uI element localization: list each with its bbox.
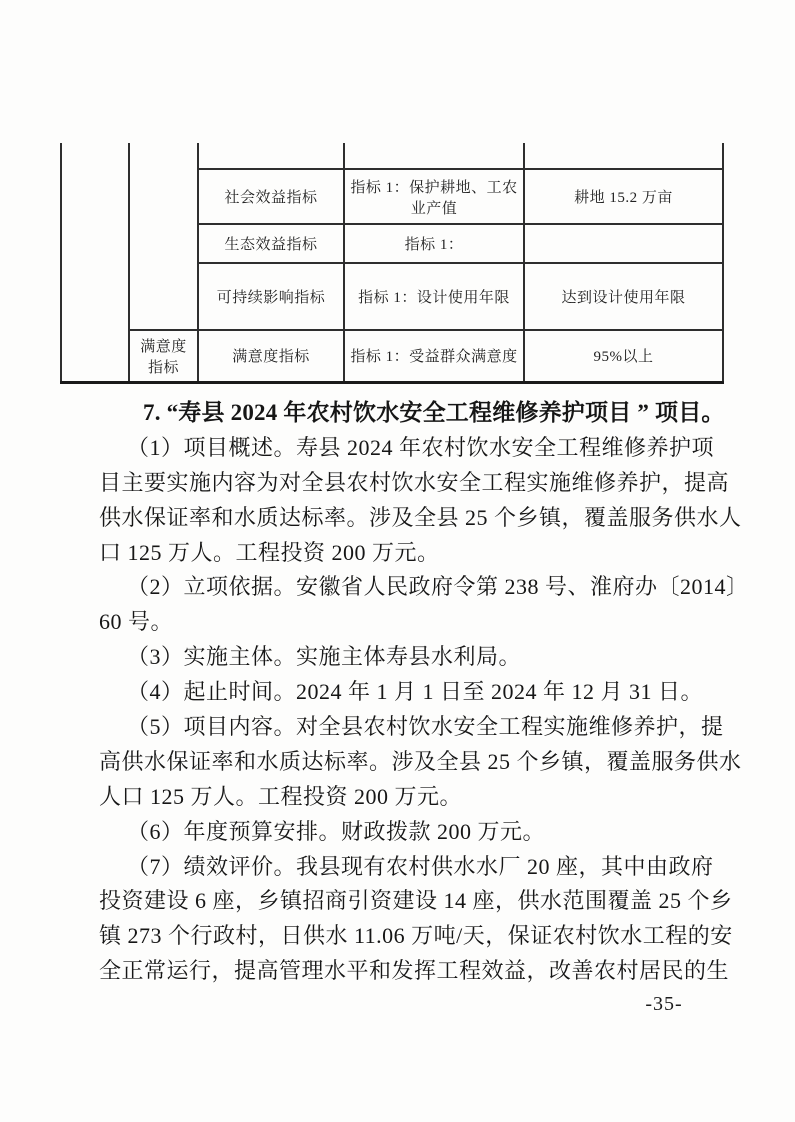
paragraph-line: 供水保证率和水质达标率。涉及全县 25 个乡镇，覆盖服务供水人: [99, 501, 739, 536]
paragraph-line: （1）项目概述。寿县 2024 年农村饮水安全工程维修养护项: [99, 431, 739, 466]
table-row: [61, 143, 723, 169]
paragraph-line: 全正常运行，提高管理水平和发挥工程效益，改善农村居民的生: [99, 954, 739, 989]
table-row: 满意度指标 满意度指标 指标 1：受益群众满意度 95%以上: [61, 330, 723, 382]
paragraph-line: （6）年度预算安排。财政拨款 200 万元。: [99, 815, 739, 850]
paragraph-line: （7）绩效评价。我县现有农村供水水厂 20 座，其中由政府: [99, 850, 739, 885]
paragraph-line: 投资建设 6 座，乡镇招商引资建设 14 座，供水范围覆盖 25 个乡: [99, 884, 739, 919]
paragraph-line: 高供水保证率和水质达标率。涉及全县 25 个乡镇，覆盖服务供水: [99, 745, 739, 780]
table-cell-name: 生态效益指标: [198, 224, 344, 263]
table-cell-name: 可持续影响指标: [198, 263, 344, 330]
table-cell-category-group: [61, 143, 129, 382]
paragraph-line: （4）起止时间。2024 年 1 月 1 日至 2024 年 12 月 31 日…: [99, 675, 739, 710]
paragraph-line: 目主要实施内容为对全县农村饮水安全工程实施维修养护，提高: [99, 466, 739, 501]
indicator-table: 社会效益指标 指标 1：保护耕地、工农业产值 耕地 15.2 万亩 生态效益指标…: [60, 143, 724, 384]
paragraph-line: 镇 273 个行政村，日供水 11.06 万吨/天，保证农村饮水工程的安: [99, 919, 739, 954]
document-page: 社会效益指标 指标 1：保护耕地、工农业产值 耕地 15.2 万亩 生态效益指标…: [0, 0, 795, 1122]
table-cell-name: 满意度指标: [198, 330, 344, 382]
table-cell-category: [129, 143, 198, 330]
table-cell-indicator: 指标 1：: [344, 224, 524, 263]
table-cell-value: [524, 143, 723, 169]
table-cell-name: 社会效益指标: [198, 169, 344, 224]
paragraph-line: （3）实施主体。实施主体寿县水利局。: [99, 640, 739, 675]
table-cell-name: [198, 143, 344, 169]
table-cell-value: 达到设计使用年限: [524, 263, 723, 330]
table-cell-category: 满意度指标: [129, 330, 198, 382]
paragraph-line: 口 125 万人。工程投资 200 万元。: [99, 536, 739, 571]
table-cell-indicator: [344, 143, 524, 169]
body-text: 7. “寿县 2024 年农村饮水安全工程维修养护项目 ” 项目。 （1）项目概…: [99, 396, 739, 989]
section-heading: 7. “寿县 2024 年农村饮水安全工程维修养护项目 ” 项目。: [99, 396, 739, 431]
paragraph-line: 60 号。: [99, 605, 739, 640]
paragraph-line: （2）立项依据。安徽省人民政府令第 238 号、淮府办〔2014〕: [99, 570, 739, 605]
table-cell-indicator: 指标 1：设计使用年限: [344, 263, 524, 330]
table-cell-indicator: 指标 1：受益群众满意度: [344, 330, 524, 382]
paragraph-line: 人口 125 万人。工程投资 200 万元。: [99, 780, 739, 815]
table-cell-value: 耕地 15.2 万亩: [524, 169, 723, 224]
table-cell-value: [524, 224, 723, 263]
table-cell-value: 95%以上: [524, 330, 723, 382]
page-number: -35-: [634, 993, 694, 1016]
paragraph-line: （5）项目内容。对全县农村饮水安全工程实施维修养护，提: [99, 710, 739, 745]
table-cell-indicator: 指标 1：保护耕地、工农业产值: [344, 169, 524, 224]
